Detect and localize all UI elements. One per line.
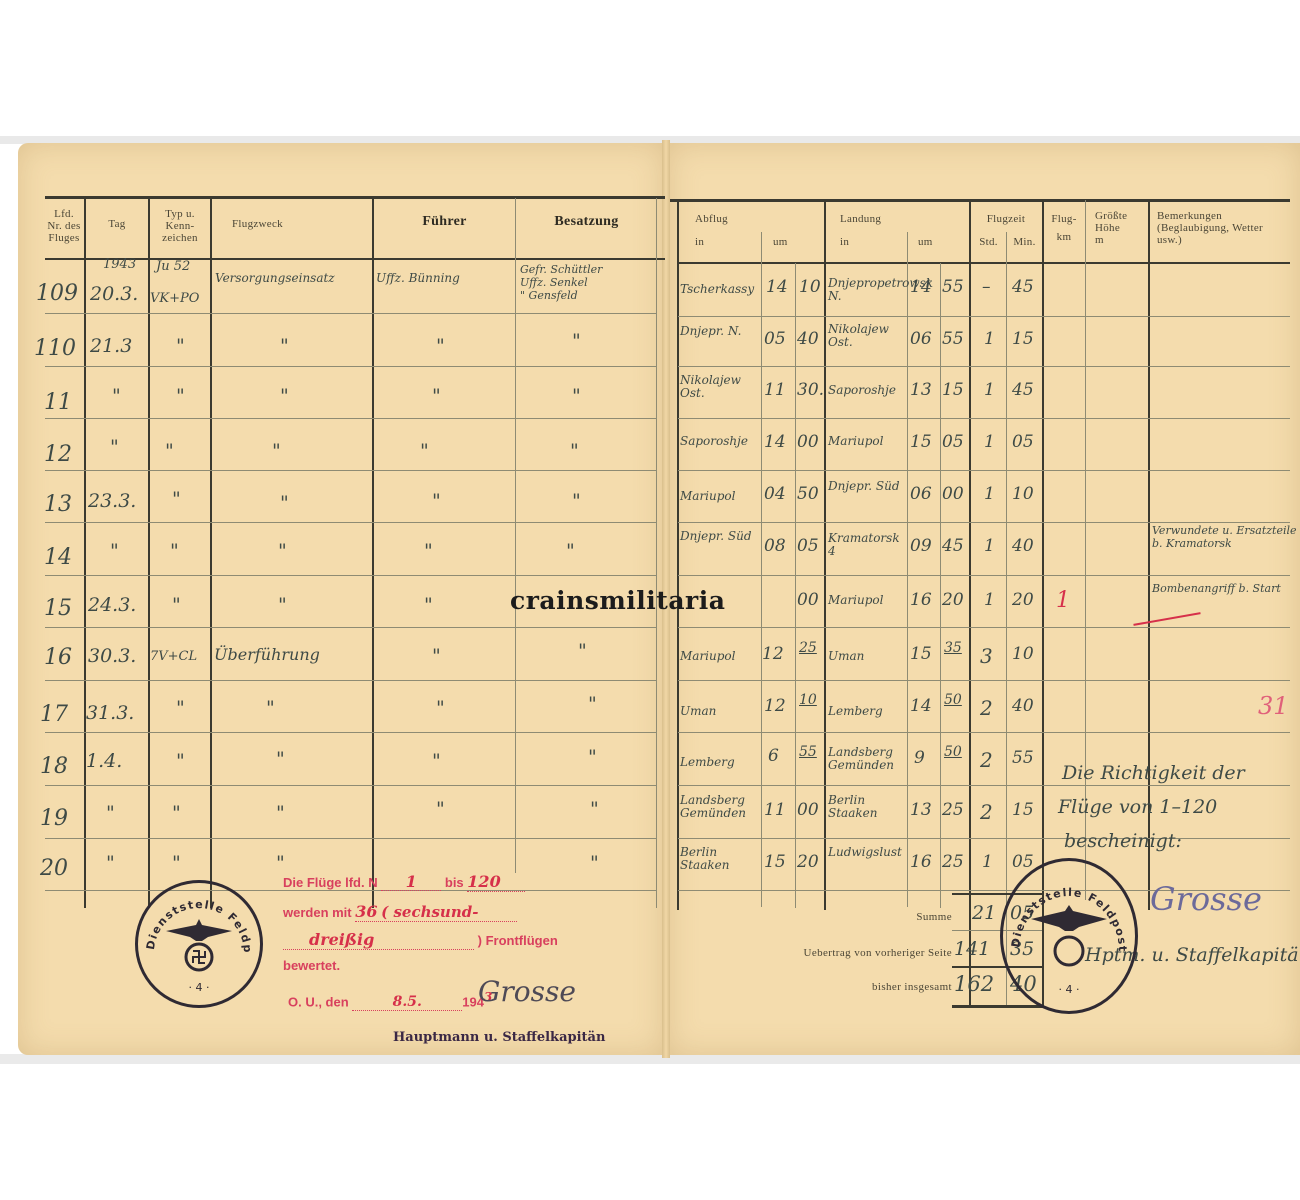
landing-place: Kramatorsk 4 xyxy=(828,532,904,558)
row-rule xyxy=(678,316,1290,317)
landing-hour: 13 xyxy=(910,800,932,820)
row-rule xyxy=(45,838,657,839)
aircraft-code: 7V+CL xyxy=(150,650,197,664)
landing-hour: 14 xyxy=(910,277,932,297)
pilot-cell: " xyxy=(432,385,441,407)
col-divider xyxy=(656,198,657,908)
duration-minutes: 10 xyxy=(1012,644,1034,664)
landing-hour: 9 xyxy=(914,748,925,768)
crew-cell: " xyxy=(578,640,587,662)
header-abflug: Abflug xyxy=(695,213,728,225)
header-tag: Tag xyxy=(86,218,148,230)
duration-minutes: 15 xyxy=(1012,329,1034,349)
departure-place: Lemberg xyxy=(680,756,735,769)
uebertrag-label: Uebertrag von vorheriger Seite xyxy=(740,947,952,959)
landing-min: 35 xyxy=(944,640,962,656)
departure-place: Saporoshje xyxy=(680,435,748,448)
departure-min: 05 xyxy=(797,536,819,556)
landing-place: Mariupol xyxy=(828,435,884,448)
flight-number: 17 xyxy=(40,702,68,727)
pilot-cell: " xyxy=(420,440,429,462)
duration-minutes: 40 xyxy=(1012,696,1034,716)
date-cell: " xyxy=(106,802,115,824)
row-rule xyxy=(45,366,657,367)
landing-min: 15 xyxy=(942,380,964,400)
table-top-rule xyxy=(45,196,665,199)
flight-number: 109 xyxy=(36,281,78,306)
landing-min: 00 xyxy=(942,484,964,504)
landing-place: Saporoshje xyxy=(828,384,896,397)
aircraft-code: " xyxy=(172,488,181,510)
header-flugzweck: Flugzweck xyxy=(232,218,283,230)
departure-hour: 14 xyxy=(764,432,786,452)
header-lfd-nr: Lfd.Nr. desFluges xyxy=(44,208,84,244)
flight-number: 14 xyxy=(44,545,72,570)
remarks-cell: Verwundete u. Ersatzteile b. Kramatorsk xyxy=(1152,524,1298,550)
date-cell: 21.3 xyxy=(90,335,132,357)
purpose-cell: " xyxy=(276,802,285,824)
row-rule xyxy=(678,680,1290,681)
duration-minutes: 20 xyxy=(1012,590,1034,610)
header-bottom-rule xyxy=(678,262,1290,264)
header-landung: Landung xyxy=(840,213,881,225)
landing-min: 55 xyxy=(942,329,964,349)
rank-stamp: Hauptmann u. Staffelkapitän xyxy=(393,1030,605,1045)
departure-min: 10 xyxy=(799,277,821,297)
uebertrag-hours: 141 xyxy=(954,938,990,960)
header-landung-in: in xyxy=(840,236,849,248)
departure-hour: 15 xyxy=(764,852,786,872)
summe-hours: 21 xyxy=(972,902,996,924)
date-cell: 1.4. xyxy=(86,750,122,772)
landing-place: Uman xyxy=(828,650,864,663)
purpose-cell: " xyxy=(278,594,287,616)
front-flight-mark: 1 xyxy=(1056,588,1070,613)
duration-hours: – xyxy=(982,277,991,297)
landing-place: Landsberg Gemünden xyxy=(828,746,904,772)
gesamt-label: bisher insgesamt xyxy=(780,981,952,993)
date-cell: " xyxy=(110,540,119,562)
aircraft-code: " xyxy=(165,440,174,462)
row-rule xyxy=(678,470,1290,471)
crew-cell: " xyxy=(570,440,579,462)
signature: Grosse xyxy=(478,975,576,1008)
aircraft-code: " xyxy=(176,697,185,719)
landing-hour: 15 xyxy=(910,432,932,452)
departure-place: Nikolajew Ost. xyxy=(680,374,760,400)
departure-place: Mariupol xyxy=(680,650,736,663)
row-rule xyxy=(45,418,657,419)
landing-min: 25 xyxy=(942,800,964,820)
purpose-cell: " xyxy=(266,697,275,719)
duration-hours: 3 xyxy=(980,644,993,668)
landing-place: Nikolajew Ost. xyxy=(828,323,904,349)
purpose-cell: " xyxy=(280,385,289,407)
departure-hour: 6 xyxy=(768,746,779,766)
cert-line-2: werden mit 36 ( sechsund- xyxy=(283,902,517,922)
duration-hours: 2 xyxy=(980,748,993,772)
header-landung-um: um xyxy=(918,236,933,248)
duration-hours: 1 xyxy=(984,484,995,504)
date-cell: " xyxy=(112,385,121,407)
col-divider xyxy=(84,198,86,908)
header-bottom-rule xyxy=(45,258,665,260)
row-rule xyxy=(678,522,1290,523)
purpose-cell: " xyxy=(272,440,281,462)
departure-place: Dnjepr. Süd xyxy=(680,530,760,543)
aircraft-code: " xyxy=(172,852,181,874)
cert-line-4: bewertet. xyxy=(283,958,340,973)
departure-min: 55 xyxy=(799,744,817,760)
crew-cell: Gefr. SchüttlerUffz. Senkel" Gensfeld xyxy=(520,263,660,302)
landing-hour: 15 xyxy=(910,644,932,664)
flight-number: 110 xyxy=(34,336,76,361)
col-divider xyxy=(907,232,908,907)
gesamt-hours: 162 xyxy=(954,972,994,996)
date-cell: " xyxy=(106,852,115,874)
official-seal-right: Dienststelle Feldpostnummer L 09723 · 4 … xyxy=(1000,858,1138,1014)
aircraft-code: " xyxy=(172,594,181,616)
departure-min: 00 xyxy=(797,590,819,610)
departure-min: 20 xyxy=(797,852,819,872)
departure-place: Landsberg Gemünden xyxy=(680,794,760,820)
header-abflug-um: um xyxy=(773,236,788,248)
purpose-cell: " xyxy=(276,748,285,770)
purpose-cell: Versorgungseinsatz xyxy=(215,272,335,285)
duration-minutes: 40 xyxy=(1012,536,1034,556)
crew-cell: " xyxy=(588,746,597,768)
flight-number: 16 xyxy=(44,645,72,670)
landing-place: Mariupol xyxy=(828,594,884,607)
background-gap-bottom xyxy=(0,1054,1300,1064)
col-divider xyxy=(210,198,212,908)
col-divider xyxy=(969,200,971,1008)
row-rule xyxy=(45,313,657,314)
col-divider xyxy=(824,200,826,910)
landing-min: 50 xyxy=(944,744,962,760)
pilot-cell: " xyxy=(432,645,441,667)
landing-hour: 06 xyxy=(910,484,932,504)
header-groesste-hoehe: GrößteHöhem xyxy=(1095,210,1127,246)
row-rule xyxy=(45,575,657,576)
crew-cell: " xyxy=(588,693,597,715)
duration-minutes: 45 xyxy=(1012,380,1034,400)
svg-text:· 4 ·: · 4 · xyxy=(189,981,210,994)
col-divider xyxy=(372,198,374,908)
flight-number: 12 xyxy=(44,442,72,467)
duration-hours: 1 xyxy=(984,590,995,610)
flight-number: 15 xyxy=(44,596,72,621)
row-rule xyxy=(678,732,1290,733)
flight-number: 11 xyxy=(44,390,72,415)
duration-hours: 1 xyxy=(984,536,995,556)
verification-line: Die Richtigkeit der xyxy=(1062,762,1245,784)
departure-place: Berlin Staaken xyxy=(680,846,760,872)
departure-place: Dnjepr. N. xyxy=(680,325,741,338)
duration-hours: 2 xyxy=(980,800,993,824)
flight-number: 20 xyxy=(40,856,68,881)
col-divider xyxy=(795,263,796,908)
departure-min: 30. xyxy=(797,380,824,400)
signature: Grosse xyxy=(1150,880,1262,918)
header-abflug-in: in xyxy=(695,236,704,248)
landing-min: 45 xyxy=(942,536,964,556)
eagle-emblem-icon: Dienststelle Feldpostnummer L 09723 · 4 … xyxy=(138,883,260,1005)
aircraft-code: VK+PO xyxy=(150,292,199,306)
header-typ-kennzeichen: Typ u.Kenn-zeichen xyxy=(150,208,210,244)
aircraft-type: Ju 52 xyxy=(156,260,190,274)
purpose-cell: " xyxy=(280,492,289,514)
pilot-cell: " xyxy=(424,540,433,562)
date-cell: 20.3. xyxy=(90,283,138,305)
header-bemerkungen: Bemerkungen(Beglaubigung, Wetterusw.) xyxy=(1157,210,1263,246)
flight-number: 18 xyxy=(40,754,68,779)
crew-cell: " xyxy=(590,798,599,820)
aircraft-code: " xyxy=(176,335,185,357)
header-flugzeit: Flugzeit xyxy=(971,213,1041,225)
crew-cell: " xyxy=(572,330,581,352)
purpose-cell: " xyxy=(276,852,285,874)
table-top-rule xyxy=(670,199,1290,202)
svg-text:· 4 ·: · 4 · xyxy=(1059,983,1080,996)
remarks-cell: Bombenangriff b. Start xyxy=(1152,582,1298,595)
departure-place: Mariupol xyxy=(680,490,736,503)
landing-min: 20 xyxy=(942,590,964,610)
header-std: Std. xyxy=(971,236,1006,248)
crew-cell: " xyxy=(566,540,575,562)
duration-minutes: 05 xyxy=(1012,432,1034,452)
row-rule xyxy=(45,785,657,786)
departure-hour: 12 xyxy=(762,644,784,664)
row-rule xyxy=(45,522,657,523)
cert-line-1: Die Flüge lfd. N 1 bis 120 xyxy=(283,872,525,892)
landing-place: Dnjepr. Süd xyxy=(828,480,904,493)
duration-minutes: 45 xyxy=(1012,277,1034,297)
landing-hour: 14 xyxy=(910,696,932,716)
departure-min: 40 xyxy=(797,329,819,349)
landing-hour: 06 xyxy=(910,329,932,349)
duration-hours: 1 xyxy=(984,432,995,452)
col-divider xyxy=(515,198,516,873)
col-divider xyxy=(761,232,762,907)
eagle-emblem-icon: Dienststelle Feldpostnummer L 09723 · 4 … xyxy=(1003,861,1135,1011)
landing-min: 05 xyxy=(942,432,964,452)
aircraft-code: " xyxy=(176,750,185,772)
landing-hour: 16 xyxy=(910,590,932,610)
landing-place: Dnjepropetrowsk N. xyxy=(828,277,904,303)
header-flug-km: Flug-km xyxy=(1044,213,1084,243)
landing-hour: 13 xyxy=(910,380,932,400)
row-rule xyxy=(678,838,1290,839)
official-seal-left: Dienststelle Feldpostnummer L 09723 · 4 … xyxy=(135,880,263,1008)
departure-hour: 12 xyxy=(764,696,786,716)
row-rule xyxy=(45,680,657,681)
date-cell: 30.3. xyxy=(88,645,136,667)
cert-date-line: O. U., den 8.5.1943 xyxy=(288,990,492,1011)
duration-hours: 1 xyxy=(984,329,995,349)
crew-cell: " xyxy=(572,385,581,407)
pilot-cell: " xyxy=(436,335,445,357)
col-divider xyxy=(940,263,941,908)
row-rule xyxy=(45,627,657,628)
pilot-cell: " xyxy=(432,750,441,772)
date-cell: 24.3. xyxy=(88,594,136,616)
crew-cell: " xyxy=(590,852,599,874)
purpose-cell: Überführung xyxy=(214,645,320,664)
pilot-cell: " xyxy=(436,798,445,820)
crew-cell: " xyxy=(572,490,581,512)
duration-minutes: 55 xyxy=(1012,748,1034,768)
cert-line-3: dreißig ) Frontflügen xyxy=(283,930,558,950)
duration-minutes: 15 xyxy=(1012,800,1034,820)
aircraft-code: " xyxy=(176,385,185,407)
departure-min: 50 xyxy=(797,484,819,504)
departure-hour: 11 xyxy=(764,800,786,820)
departure-min: 25 xyxy=(799,640,817,656)
aircraft-code: " xyxy=(170,540,179,562)
date-cell: 23.3. xyxy=(88,490,136,512)
date-cell: " xyxy=(110,436,119,458)
landing-place: Ludwigslust xyxy=(828,846,904,859)
departure-hour: 05 xyxy=(764,329,786,349)
departure-min: 00 xyxy=(797,800,819,820)
departure-hour: 11 xyxy=(764,380,786,400)
date-cell: 31.3. xyxy=(86,702,134,724)
row-rule xyxy=(678,418,1290,419)
verification-line: Flüge von 1–120 xyxy=(1058,796,1217,818)
col-divider xyxy=(1085,200,1086,900)
row-rule xyxy=(678,627,1290,628)
duration-hours: 1 xyxy=(982,852,993,872)
aircraft-code: " xyxy=(172,802,181,824)
landing-hour: 16 xyxy=(910,852,932,872)
row-rule xyxy=(45,732,657,733)
departure-min: 10 xyxy=(799,692,817,708)
landing-place: Lemberg xyxy=(828,705,883,718)
pilot-cell: " xyxy=(424,594,433,616)
departure-place: Uman xyxy=(680,705,716,718)
pilot-cell: " xyxy=(436,697,445,719)
verification-line: bescheinigt: xyxy=(1064,830,1182,852)
landing-place: Berlin Staaken xyxy=(828,794,904,820)
purpose-cell: " xyxy=(280,335,289,357)
header-besatzung: Besatzung xyxy=(517,216,656,228)
duration-hours: 2 xyxy=(980,696,993,720)
landing-hour: 09 xyxy=(910,536,932,556)
pilot-cell: " xyxy=(432,490,441,512)
landing-min: 50 xyxy=(944,692,962,708)
header-fuehrer: Führer xyxy=(374,216,515,228)
col-divider xyxy=(677,200,679,910)
header-min: Min. xyxy=(1007,236,1042,248)
departure-hour: 04 xyxy=(764,484,786,504)
departure-hour: 08 xyxy=(764,536,786,556)
red-tally-number: 31 xyxy=(1258,692,1289,720)
row-rule xyxy=(678,785,1290,786)
departure-min: 00 xyxy=(797,432,819,452)
row-rule xyxy=(678,366,1290,367)
flight-number: 13 xyxy=(44,492,72,517)
svg-text:Dienststelle Feldpostnummer L: Dienststelle Feldpostnummer L 09723 xyxy=(1003,861,1129,953)
purpose-cell: " xyxy=(278,540,287,562)
landing-min: 55 xyxy=(942,277,964,297)
duration-hours: 1 xyxy=(984,380,995,400)
pilot-cell: Uffz. Bünning xyxy=(376,272,460,285)
year-cell: 1943 xyxy=(103,258,136,272)
row-rule xyxy=(678,575,1290,576)
departure-place: Tscherkassy xyxy=(680,283,754,296)
row-rule xyxy=(45,470,657,471)
summe-label: Summe xyxy=(880,911,952,923)
landing-min: 25 xyxy=(942,852,964,872)
departure-hour: 14 xyxy=(766,277,788,297)
flight-number: 19 xyxy=(40,806,68,831)
watermark-text: crainsmilitaria xyxy=(510,586,725,615)
duration-minutes: 10 xyxy=(1012,484,1034,504)
